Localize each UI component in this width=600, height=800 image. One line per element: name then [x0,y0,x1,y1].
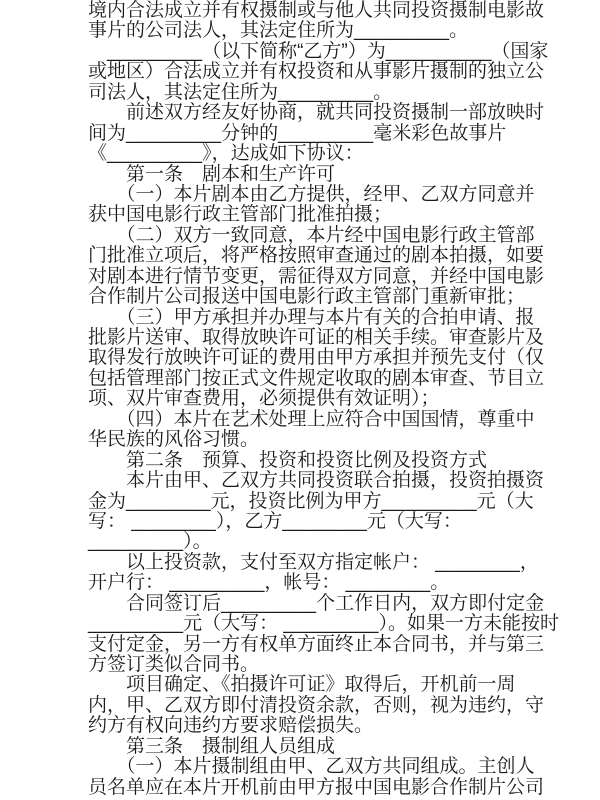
text-line: _________元（大写： _________）。如果一方未能按时 [88,614,582,634]
text-line: 以上投资款，支付至双方指定帐户： ________， [88,553,582,573]
text-line: 内，甲、乙双方即付清投资余款，否则，视为违约，守 [88,696,582,716]
text-line: 事片的公司法人，其法定住所为_________。 [88,21,582,41]
text-line: 《_________》，达成如下协议： [88,144,582,164]
text-line: 门批准立项后，将严格按照审查通过的剧本拍摄，如要 [88,246,582,266]
text-line: 前述双方经友好协商，就共同投资摄制一部放映时 [88,103,582,123]
text-line: 项、双片审查费用，必须提供有效证明）； [88,389,582,409]
text-line: 第一条 剧本和生产许可 [88,165,582,185]
text-line: 批影片送审、取得放映许可证的相关手续。审查影片及 [88,328,582,348]
text-line: 获中国电影行政主管部门批准拍摄； [88,205,582,225]
text-line: 写： ________），乙方________元（大写： [88,512,582,532]
text-line: 项目确定、《拍摄许可证》取得后，开机前一周 [88,675,582,695]
text-line: _________（以下简称“乙方”）为__________（国家 [88,42,582,62]
text-line: _________）。 [88,532,582,552]
text-line: 开户行： _________，帐号： ________。 [88,573,582,593]
text-line: 员名单应在本片开机前由甲方报中国电影合作制片公司 [88,778,582,798]
text-line: 支付定金，另一方有权单方面终止本合同书，并与第三 [88,635,582,655]
text-line: 司法人，其法定住所为_________。 [88,83,582,103]
text-line: 华民族的风俗习惯。 [88,430,582,450]
text-line: 合作制片公司报送中国电影行政主管部门重新审批； [88,287,582,307]
text-line: 对剧本进行情节变更，需征得双方同意，并经中国电影 [88,267,582,287]
text-line: 金为________元，投资比例为甲方_________元（大 [88,492,582,512]
text-line: 第三条 摄制组人员组成 [88,737,582,757]
text-line: 取得发行放映许可证的费用由甲方承担并预先支付（仅 [88,348,582,368]
text-line: （二）双方一致同意，本片经中国电影行政主管部 [88,226,582,246]
text-line: 合同签订后_________个工作日内，双方即付定金 [88,594,582,614]
text-line: 包括管理部门按正式文件规定收取的剧本审查、节目立 [88,369,582,389]
text-line: 境内合法成立并有权摄制或与他人共同投资摄制电影故 [88,1,582,21]
text-line: （三）甲方承担并办理与本片有关的合拍申请、报 [88,308,582,328]
text-line: 约方有权向违约方要求赔偿损失。 [88,716,582,736]
document-page: 境内合法成立并有权摄制或与他人共同投资摄制电影故事片的公司法人，其法定住所为__… [0,0,600,800]
text-line: 第二条 预算、投资和投资比例及投资方式 [88,451,582,471]
document-text: 境内合法成立并有权摄制或与他人共同投资摄制电影故事片的公司法人，其法定住所为__… [0,0,600,800]
text-line: （四）本片在艺术处理上应符合中国国情，尊重中 [88,410,582,430]
text-line: 方签订类似合同书。 [88,655,582,675]
text-line: 本片由甲、乙双方共同投资联合拍摄，投资拍摄资 [88,471,582,491]
text-line: （一）本片剧本由乙方提供，经甲、乙双方同意并 [88,185,582,205]
text-line: 或地区）合法成立并有权投资和从事影片摄制的独立公 [88,62,582,82]
text-line: （一）本片摄制组由甲、乙双方共同组成。主创人 [88,757,582,777]
text-line: 间为_________分钟的_________毫米彩色故事片 [88,124,582,144]
